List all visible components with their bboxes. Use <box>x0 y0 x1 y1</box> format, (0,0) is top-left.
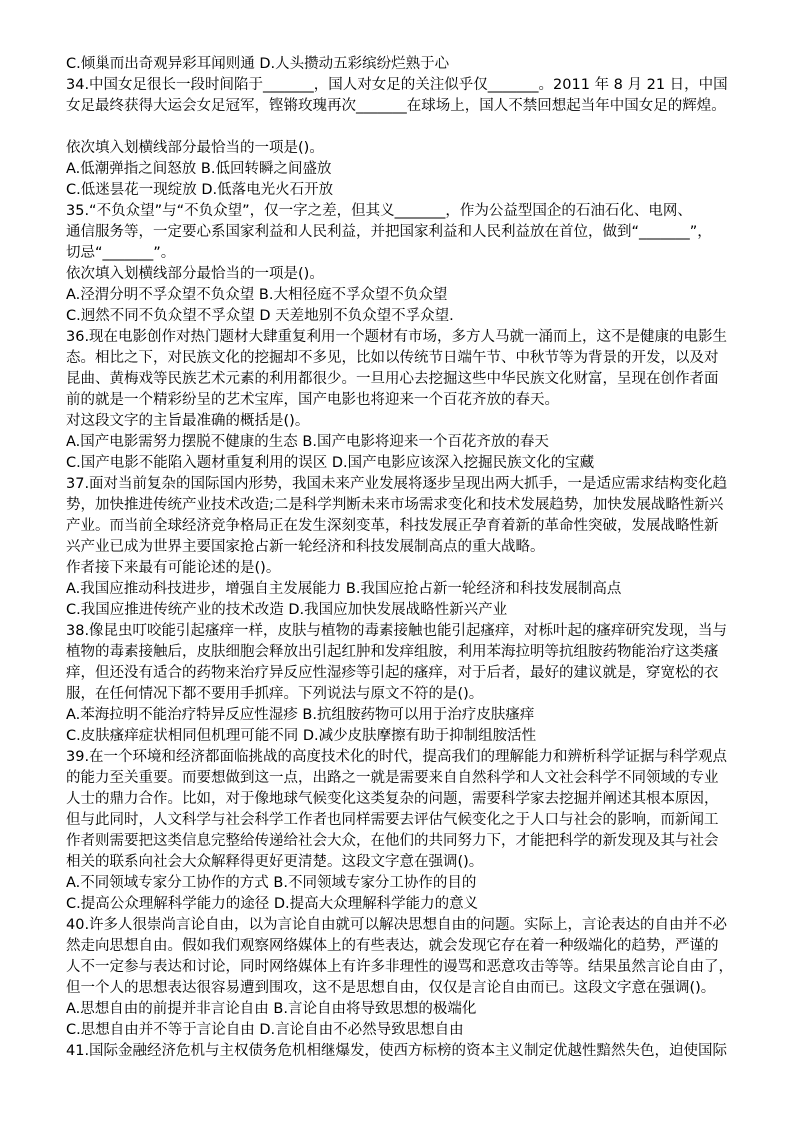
document-line: A.思想自由的前提并非言论自由 B.言论自由将导致思想的极端化 <box>66 999 768 1020</box>
document-line: 昆曲、黄梅戏等民族艺术元素的利用都很少。一旦用心去挖掘这些中华民族文化财富，呈现… <box>66 369 768 390</box>
document-line: 但与此同时，人文科学与社会科学工作者也同样需要去评估气候变化之于人口与社会的影响… <box>66 810 768 831</box>
document-line: C.迥然不同不负众望不孚众望 D 天差地别不负众望不孚众望. <box>66 306 768 327</box>
blank-line <box>66 117 768 138</box>
document-text-block: C.倾巢而出奇观异彩耳闻则通 D.人头攒动五彩缤纷烂熟于心34.中国女足很长一段… <box>66 54 768 1062</box>
document-page: C.倾巢而出奇观异彩耳闻则通 D.人头攒动五彩缤纷烂熟于心34.中国女足很长一段… <box>0 0 794 1123</box>
document-line: 41.国际金融经济危机与主权债务危机相继爆发，使西方标榜的资本主义制定优越性黯然… <box>66 1041 768 1062</box>
document-line: 依次填入划横线部分最恰当的一项是()。 <box>66 138 768 159</box>
document-line: 35.“不负众望”与“不负众望”，仅一字之差，但其义_______，作为公益型国… <box>66 201 768 222</box>
document-line: 态。相比之下，对民族文化的挖掘却不多见，比如以传统节日端午节、中秋节等为背景的开… <box>66 348 768 369</box>
document-line: C.倾巢而出奇观异彩耳闻则通 D.人头攒动五彩缤纷烂熟于心 <box>66 54 768 75</box>
document-line: A.国产电影需努力摆脱不健康的生态 B.国产电影将迎来一个百花齐放的春天 <box>66 432 768 453</box>
document-line: 人士的鼎力合作。比如，对于像地球气候变化这类复杂的问题，需要科学家去挖掘并阐述其… <box>66 789 768 810</box>
document-line: 37.面对当前复杂的国际国内形势，我国未来产业发展将逐步呈现出两大抓手，一是适应… <box>66 474 768 495</box>
document-line: 39.在一个环境和经济都面临挑战的高度技术化的时代，提高我们的理解能力和辨析科学… <box>66 747 768 768</box>
document-line: C.提高公众理解科学能力的途径 D.提高大众理解科学能力的意义 <box>66 894 768 915</box>
document-line: 切忌“_______”。 <box>66 243 768 264</box>
document-line: C.皮肤瘙痒症状相同但机理可能不同 D.减少皮肤摩擦有助于抑制组胺活性 <box>66 726 768 747</box>
document-line: 34.中国女足很长一段时间陷于_______，国人对女足的关注似乎仅______… <box>66 75 768 96</box>
document-line: 作者则需要把这类信息完整给传递给社会大众，在他们的共同努力下，才能把科学的新发现… <box>66 831 768 852</box>
document-line: 植物的毒素接触后，皮肤细胞会释放出引起红肿和发痒组胺，利用苯海拉明等抗组胺药物能… <box>66 642 768 663</box>
document-line: 然走向思想自由。假如我们观察网络媒体上的有些表达，就会发现它存在着一种级端化的趋… <box>66 936 768 957</box>
document-line: A.泾渭分明不孚众望不负众望 B.大相径庭不孚众望不负众望 <box>66 285 768 306</box>
document-line: 40.许多人很崇尚言论自由，以为言论自由就可以解决思想自由的问题。实际上，言论表… <box>66 915 768 936</box>
document-line: 但一个人的思想表达很容易遭到围攻，这不是思想自由，仅仅是言论自由而已。这段文字意… <box>66 978 768 999</box>
document-line: 38.像昆虫叮咬能引起瘙痒一样，皮肤与植物的毒素接触也能引起瘙痒，对栎叶起的瘙痒… <box>66 621 768 642</box>
document-line: 兴产业已成为世界主要国家抢占新一轮经济和科技发展制高点的重大战略。 <box>66 537 768 558</box>
document-line: 作者接下来最有可能论述的是()。 <box>66 558 768 579</box>
document-line: C.我国应推进传统产业的技术改造 D.我国应加快发展战略性新兴产业 <box>66 600 768 621</box>
document-line: 痒，但还没有适合的药物来治疗异反应性湿疹等引起的瘙痒，对于后者，最好的建议就是，… <box>66 663 768 684</box>
document-line: A.不同领域专家分工协作的方式 B.不同领域专家分工协作的目的 <box>66 873 768 894</box>
document-line: 依次填入划横线部分最恰当的一项是()。 <box>66 264 768 285</box>
document-line: A.我国应推动科技进步，增强自主发展能力 B.我国应抢占新一轮经济和科技发展制高… <box>66 579 768 600</box>
document-line: 36.现在电影创作对热门题材大肆重复利用一个题材有市场，多方人马就一涌而上，这不… <box>66 327 768 348</box>
document-line: C.低迷昙花一现绽放 D.低落电光火石开放 <box>66 180 768 201</box>
document-line: A.低潮弹指之间怒放 B.低回转瞬之间盛放 <box>66 159 768 180</box>
document-line: A.苯海拉明不能治疗特异反应性湿疹 B.抗组胺药物可以用于治疗皮肤瘙痒 <box>66 705 768 726</box>
document-line: 前的就是一个精彩纷呈的艺术宝库，国产电影也将迎来一个百花齐放的春天。 <box>66 390 768 411</box>
document-line: 势，加快推进传统产业技术改造;二是科学判断未来市场需求变化和技术发展趋势，加快发… <box>66 495 768 516</box>
document-line: 服，在任何情况下都不要用手抓痒。下列说法与原文不符的是()。 <box>66 684 768 705</box>
document-line: 产业。而当前全球经济竞争格局正在发生深刻变革，科技发展正孕育着新的革命性突破，发… <box>66 516 768 537</box>
document-line: 通信服务等，一定要心系国家利益和人民利益，并把国家利益和人民利益放在首位，做到“… <box>66 222 768 243</box>
document-line: 相关的联系向社会大众解释得更好更清楚。这段文字意在强调()。 <box>66 852 768 873</box>
document-line: 人不一定参与表达和讨论，同时网络媒体上有许多非理性的谩骂和恶意攻击等等。结果虽然… <box>66 957 768 978</box>
document-line: 对这段文字的主旨最准确的概括是()。 <box>66 411 768 432</box>
document-line: 女足最终获得大运会女足冠军，铿锵玫瑰再次_______在球场上，国人不禁回想起当… <box>66 96 768 117</box>
document-line: C.国产电影不能陷入题材重复利用的误区 D.国产电影应该深入挖掘民族文化的宝藏 <box>66 453 768 474</box>
document-line: 的能力至关重要。而要想做到这一点，出路之一就是需要来自自然科学和人文社会科学不同… <box>66 768 768 789</box>
document-line: C.思想自由并不等于言论自由 D.言论自由不必然导致思想自由 <box>66 1020 768 1041</box>
